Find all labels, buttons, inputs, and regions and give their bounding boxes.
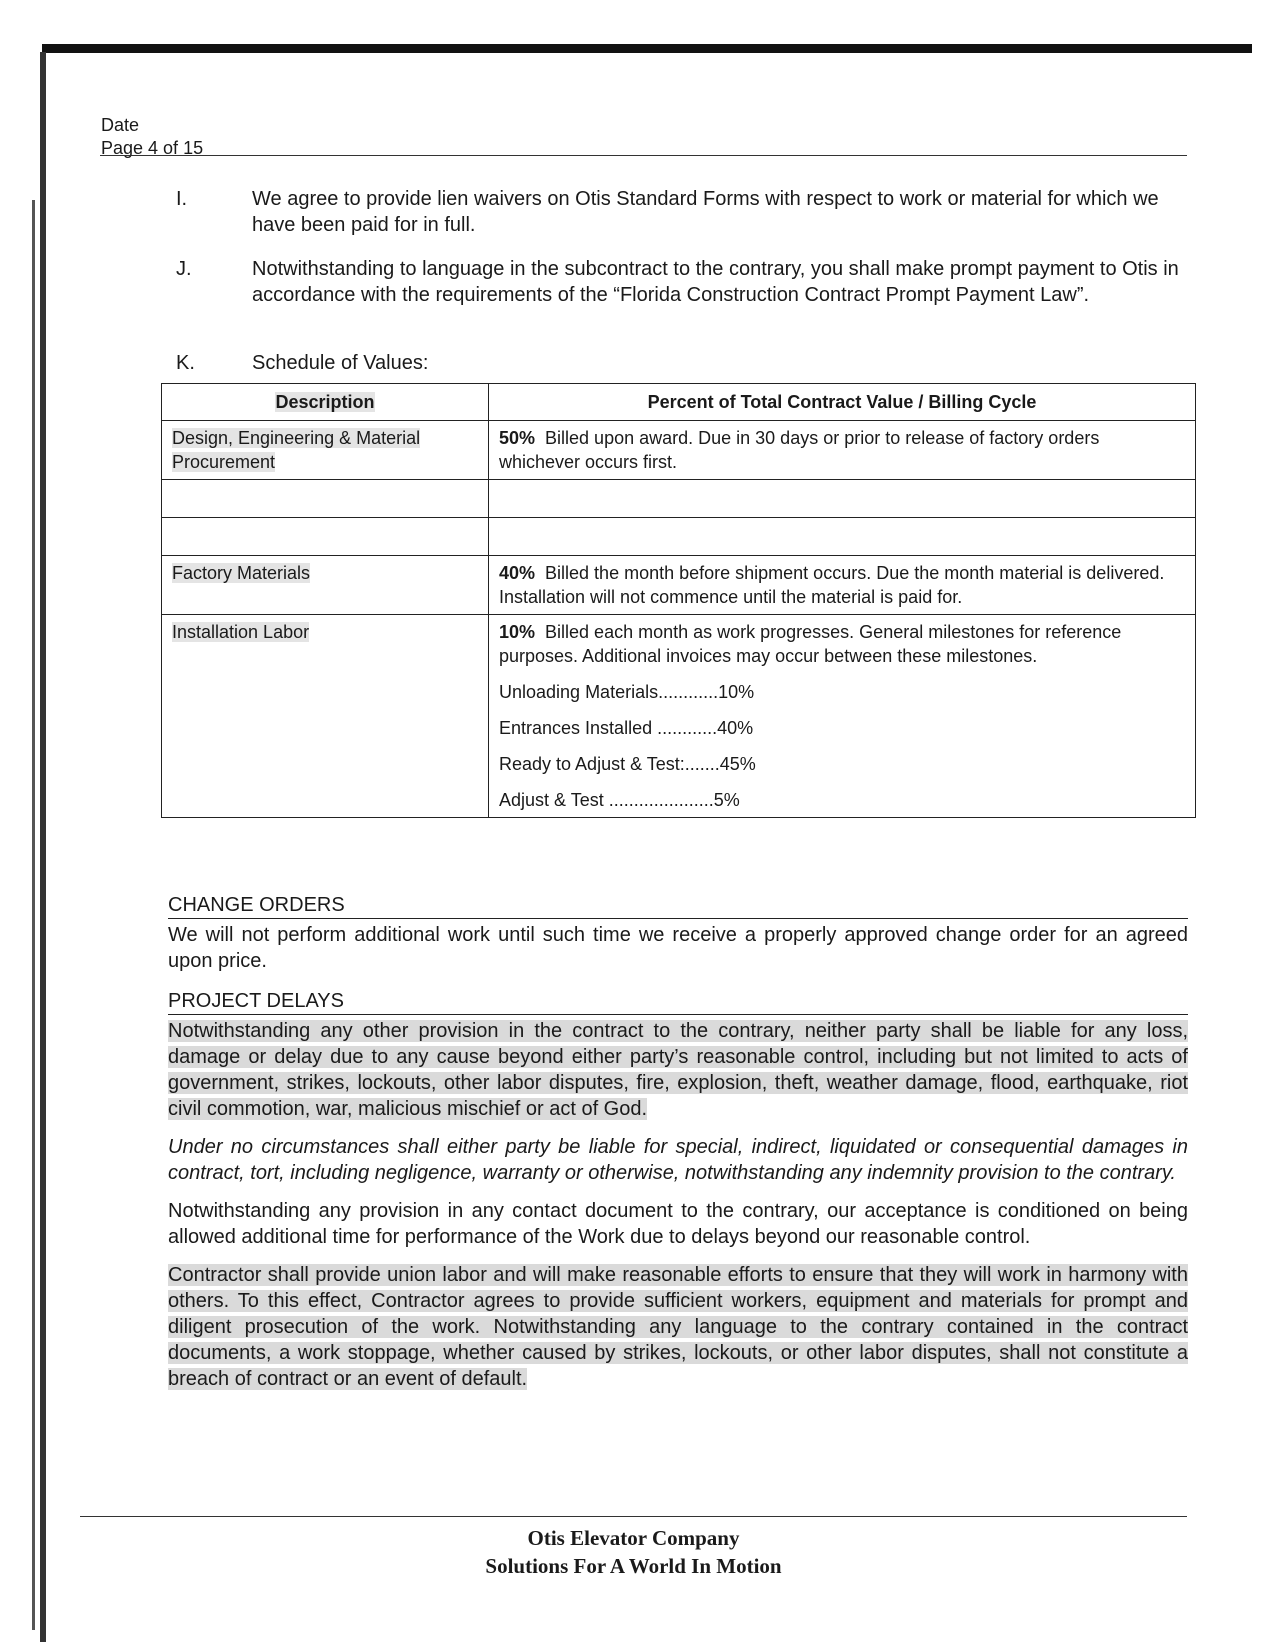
footer-rule [80,1516,1187,1517]
clause-text: Schedule of Values: [252,350,1186,376]
change-orders-section: CHANGE ORDERS We will not perform additi… [168,892,1188,986]
footer-tagline: Solutions For A World In Motion [80,1552,1187,1580]
clause-i: I. We agree to provide lien waivers on O… [176,186,1186,238]
row-billing: 50%Billed upon award. Due in 30 days or … [489,421,1196,480]
clause-letter: J. [176,256,192,282]
delays-paragraph-1: Notwithstanding any other provision in t… [168,1018,1188,1122]
clause-letter: K. [176,350,195,376]
table-row: Design, Engineering & Material Procureme… [162,421,1196,480]
page-number: Page 4 of 15 [101,137,203,160]
table-row: Factory Materials 40%Billed the month be… [162,556,1196,615]
page-header: Date Page 4 of 15 [101,114,203,160]
schedule-of-values-table: Description Percent of Total Contract Va… [161,383,1196,818]
row-description: Installation Labor [162,615,489,818]
date-label: Date [101,114,203,137]
header-rule [100,155,1187,156]
page-footer: Otis Elevator Company Solutions For A Wo… [80,1524,1187,1580]
table-row-empty [162,480,1196,518]
row-billing: 10%Billed each month as work progresses.… [489,615,1196,818]
clause-text: Notwithstanding to language in the subco… [252,256,1186,308]
table-row: Installation Labor 10%Billed each month … [162,615,1196,818]
delays-paragraph-3: Notwithstanding any provision in any con… [168,1198,1188,1250]
change-orders-text: We will not perform additional work unti… [168,922,1188,974]
footer-company: Otis Elevator Company [80,1524,1187,1552]
header-percent: Percent of Total Contract Value / Billin… [489,384,1196,421]
milestone-ready-adjust: Ready to Adjust & Test:.......45% [499,752,1185,776]
delays-paragraph-2: Under no circumstances shall either part… [168,1134,1188,1186]
row-description: Factory Materials [162,556,489,615]
change-orders-title: CHANGE ORDERS [168,892,1188,919]
clause-letter: I. [176,186,187,212]
row-description: Design, Engineering & Material Procureme… [162,421,489,480]
scan-top-border [42,44,1252,53]
scan-left-edge [32,200,35,1630]
milestone-entrances: Entrances Installed ............40% [499,716,1185,740]
clause-j: J. Notwithstanding to language in the su… [176,256,1186,308]
header-description: Description [162,384,489,421]
clause-text: We agree to provide lien waivers on Otis… [252,186,1186,238]
scan-left-border [40,52,46,1642]
project-delays-section: PROJECT DELAYS Notwithstanding any other… [168,988,1188,1404]
project-delays-title: PROJECT DELAYS [168,988,1188,1015]
table-header-row: Description Percent of Total Contract Va… [162,384,1196,421]
milestone-unloading: Unloading Materials............10% [499,680,1185,704]
clause-k: K. Schedule of Values: [176,350,1186,376]
milestone-adjust-test: Adjust & Test .....................5% [499,788,1185,812]
row-billing: 40%Billed the month before shipment occu… [489,556,1196,615]
table-row-empty [162,518,1196,556]
delays-paragraph-4: Contractor shall provide union labor and… [168,1262,1188,1392]
